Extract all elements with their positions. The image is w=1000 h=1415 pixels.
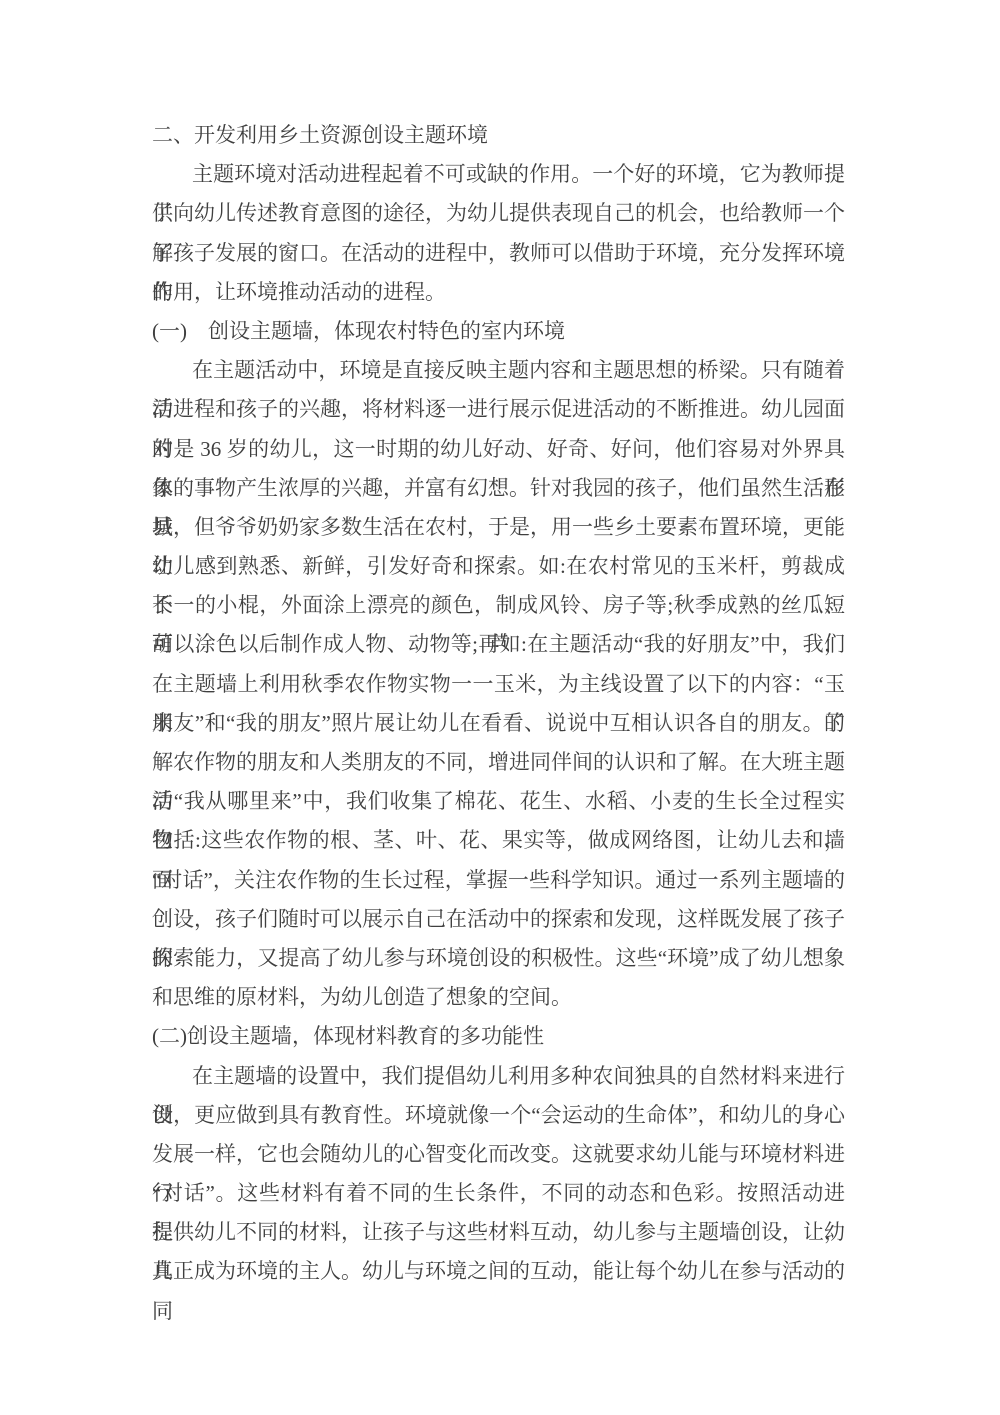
text-line: 不一的小棍，外面涂上漂亮的颜色，制成风铃、房子等;秋季成熟的丝瓜、葫芦， (152, 586, 845, 625)
text-line: 动“我从哪里来”中，我们收集了棉花、花生、水稻、小麦的生长全过程实物， (152, 782, 845, 821)
text-line: 发展一样，它也会随幼儿的心智变化而改变。这就要求幼儿能与环境材料进行 (152, 1135, 845, 1174)
text-line: 在主题墙的设置中，我们提倡幼儿利用多种农间独具的自然材料来进行创 (152, 1057, 845, 1096)
document-body: 二、开发利用乡土资源创设主题环境主题环境对活动进程起着不可或缺的作用。一个好的环… (152, 116, 845, 1292)
text-line: 解农作物的朋友和人类朋友的不同，增进同伴间的认识和了解。在大班主题活 (152, 743, 845, 782)
text-line: 幼儿感到熟悉、新鲜，引发好奇和探索。如:在农村常见的玉米杆，剪裁成长短 (152, 547, 845, 586)
text-line: 城，但爷爷奶奶家多数生活在农村，于是，用一些乡土要素布置环境，更能让 (152, 508, 845, 547)
section-heading: 二、开发利用乡土资源创设主题环境 (152, 116, 845, 155)
text-line: “对话”，关注农作物的生长过程，掌握一些科学知识。通过一系列主题墙的 (152, 861, 845, 900)
text-line: “对话”。这些材料有着不同的生长条件，不同的动态和色彩。按照活动进程， (152, 1174, 845, 1213)
text-line: 主题环境对活动进程起着不可或缺的作用。一个好的环境，它为教师提供 (152, 155, 845, 194)
text-line: 解孩子发展的窗口。在活动的进程中，教师可以借助于环境，充分发挥环境的 (152, 234, 845, 273)
text-line: 在主题活动中，环境是直接反映主题内容和主题思想的桥梁。只有随着活 (152, 351, 845, 390)
text-line: 包括:这些农作物的根、茎、叶、花、果实等，做成网络图，让幼儿去和墙面 (152, 821, 845, 860)
text-line: 提供幼儿不同的材料，让孩子与这些材料互动，幼儿参与主题墙创设，让幼儿 (152, 1213, 845, 1252)
text-line: 和思维的原材料，为幼儿创造了想象的空间。 (152, 978, 845, 1017)
text-line: 动进程和孩子的兴趣，将材料逐一进行展示促进活动的不断推进。幼儿园面对 (152, 390, 845, 429)
text-line: 探索能力，又提高了幼儿参与环境创设的积极性。这些“环境”成了幼儿想象 (152, 939, 845, 978)
text-line: 的是 36 岁的幼儿，这一时期的幼儿好动、好奇、好问，他们容易对外界具体形 (152, 430, 845, 469)
section-heading: (二)创设主题墙，体现材料教育的多功能性 (152, 1017, 845, 1056)
text-line: 在主题墙上利用秋季农作物实物一一玉米，为主线设置了以下的内容：“玉米的 (152, 665, 845, 704)
text-line: 象的事物产生浓厚的兴趣，并富有幻想。针对我园的孩子，他们虽然生活在县 (152, 469, 845, 508)
text-line: 可以涂色以后制作成人物、动物等;再如:在主题活动“我的好朋友”中，我们 (152, 625, 845, 664)
text-line: 朋友”和“我的朋友”照片展让幼儿在看看、说说中互相认识各自的朋友。了 (152, 704, 845, 743)
text-line: 创设，孩子们随时可以展示自己在活动中的探索和发现，这样既发展了孩子的 (152, 900, 845, 939)
document-page: 二、开发利用乡土资源创设主题环境主题环境对活动进程起着不可或缺的作用。一个好的环… (0, 0, 1000, 1415)
section-heading: (一) 创设主题墙，体现农村特色的室内环境 (152, 312, 845, 351)
text-line: 作用，让环境推动活动的进程。 (152, 273, 845, 312)
text-line: 真正成为环境的主人。幼儿与环境之间的互动，能让每个幼儿在参与活动的同 (152, 1252, 845, 1291)
text-line: 了向幼儿传述教育意图的途径，为幼儿提供表现自己的机会，也给教师一个了 (152, 194, 845, 233)
text-line: 设，更应做到具有教育性。环境就像一个“会运动的生命体”，和幼儿的身心 (152, 1096, 845, 1135)
